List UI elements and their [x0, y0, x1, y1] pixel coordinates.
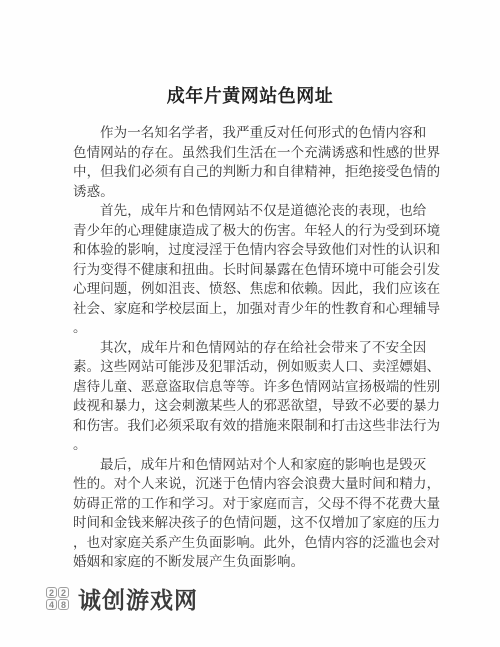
text-line: ，也对家庭关系产生负面影响。此外，色情内容的泛滥也会对 — [73, 533, 431, 553]
site-name-watermark: 诚创游戏网 — [78, 582, 198, 615]
text-line: 心理问题，例如沮丧、愤怒、焦虑和依赖。因此，我们应该在 — [73, 279, 431, 299]
logo-2048-tiles-icon: 2 2 4 8 — [46, 587, 69, 610]
text-line: 首先，成年片和色情网站不仅是道德沦丧的表现，也给 — [73, 201, 431, 221]
paragraph-conclusion: 最后，成年片和色情网站对个人和家庭的影响也是毁灭 性的。对个人来说，沉迷于色情内… — [73, 455, 431, 572]
text-line: 素。这些网站可能涉及犯罪活动，例如贩卖人口、卖淫嫖娼、 — [73, 357, 431, 377]
text-line: 和伤害。我们必须采取有效的措施来限制和打击这些非法行为 — [73, 416, 431, 436]
document-page: 成年片黄网站色网址 作为一名知名学者，我严重反对任何形式的色情内容和 色情网站的… — [0, 0, 500, 647]
text-line: 妨碍正常的工作和学习。对于家庭而言，父母不得不花费大量 — [73, 494, 431, 514]
paragraph-second-point: 其次，成年片和色情网站的存在给社会带来了不安全因 素。这些网站可能涉及犯罪活动，… — [73, 338, 431, 455]
logo-tile: 4 — [46, 599, 57, 610]
text-line: 中，但我们必须有自己的判断力和自律精神，拒绝接受色情的 — [73, 162, 431, 182]
text-line: 最后，成年片和色情网站对个人和家庭的影响也是毁灭 — [73, 455, 431, 475]
text-line: 色情网站的存在。虽然我们生活在一个充满诱惑和性感的世界 — [73, 143, 431, 163]
text-line: 其次，成年片和色情网站的存在给社会带来了不安全因 — [73, 338, 431, 358]
text-line: 和体验的影响，过度浸淫于色情内容会导致他们对性的认识和 — [73, 240, 431, 260]
logo-tile: 8 — [58, 599, 69, 610]
paragraph-first-point: 首先，成年片和色情网站不仅是道德沦丧的表现，也给 青少年的心理健康造成了极大的伤… — [73, 201, 431, 338]
text-line: 婚姻和家庭的不断发展产生负面影响。 — [73, 552, 431, 572]
document-body: 作为一名知名学者，我严重反对任何形式的色情内容和 色情网站的存在。虽然我们生活在… — [73, 123, 431, 572]
text-line: 虐待儿童、恶意盗取信息等等。许多色情网站宣扬极端的性别 — [73, 377, 431, 397]
text-line: 行为变得不健康和扭曲。长时间暴露在色情环境中可能会引发 — [73, 260, 431, 280]
text-line: 歧视和暴力，这会刺激某些人的邪恶欲望，导致不必要的暴力 — [73, 396, 431, 416]
text-line: 性的。对个人来说，沉迷于色情内容会浪费大量时间和精力， — [73, 474, 431, 494]
logo-tile: 2 — [46, 587, 57, 598]
text-line: 。 — [73, 435, 431, 455]
text-line: 作为一名知名学者，我严重反对任何形式的色情内容和 — [73, 123, 431, 143]
site-watermark-logo: 2 2 4 8 诚创游戏网 — [46, 582, 198, 615]
text-line: 时间和金钱来解决孩子的色情问题，这不仅增加了家庭的压力 — [73, 513, 431, 533]
text-line: 青少年的心理健康造成了极大的伤害。年轻人的行为受到环境 — [73, 221, 431, 241]
paragraph-intro: 作为一名知名学者，我严重反对任何形式的色情内容和 色情网站的存在。虽然我们生活在… — [73, 123, 431, 201]
page-title: 成年片黄网站色网址 — [0, 82, 500, 108]
text-line: 社会、家庭和学校层面上，加强对青少年的性教育和心理辅导 — [73, 299, 431, 319]
text-line: 诱惑。 — [73, 182, 431, 202]
logo-tile: 2 — [58, 587, 69, 598]
text-line: 。 — [73, 318, 431, 338]
